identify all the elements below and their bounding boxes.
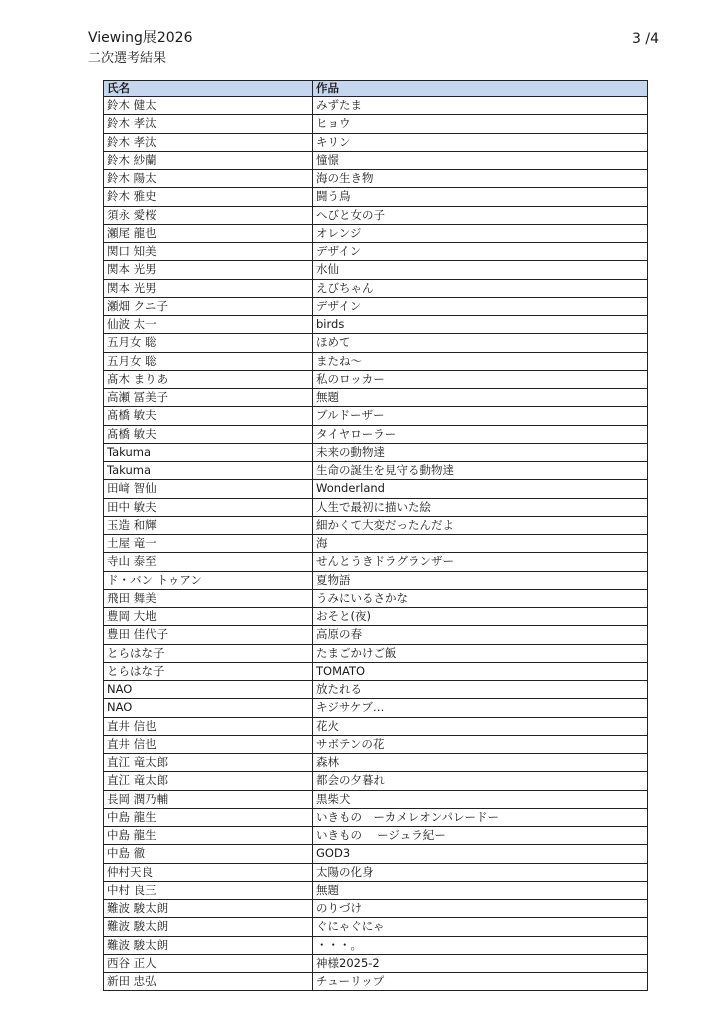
artist-name-cell: 豊田 佳代子 (104, 626, 313, 644)
table-row: 瀬畑 クニ子デザイン (104, 297, 648, 315)
table-row: 髙木 まりあ私のロッカー (104, 370, 648, 388)
work-title-cell: ヒョウ (313, 115, 648, 133)
work-title-cell: 闘う鳥 (313, 188, 648, 206)
work-title-cell: ぐにゃぐにゃ (313, 918, 648, 936)
work-title-cell: 私のロッカー (313, 370, 648, 388)
artist-name-cell: 中島 龍生 (104, 808, 313, 826)
column-header-name: 氏名 (104, 81, 313, 97)
artist-name-cell: 髙橋 敏夫 (104, 425, 313, 443)
artist-name-cell: 鈴木 孝汰 (104, 115, 313, 133)
table-row: 五月女 聡ほめて (104, 334, 648, 352)
table-row: 長岡 潤乃輔黒柴犬 (104, 790, 648, 808)
table-row: 玉造 和輝細かくて大変だったんだよ (104, 516, 648, 534)
artist-name-cell: 鈴木 陽太 (104, 170, 313, 188)
work-title-cell: 高原の春 (313, 626, 648, 644)
work-title-cell: ・・・。 (313, 936, 648, 954)
table-row: 直江 竜太郎都会の夕暮れ (104, 772, 648, 790)
table-row: 豊田 佳代子高原の春 (104, 626, 648, 644)
table-row: 中島 徹GOD3 (104, 845, 648, 863)
table-row: 仙波 太一birds (104, 316, 648, 334)
artist-name-cell: 田﨑 智仙 (104, 480, 313, 498)
work-title-cell: 森林 (313, 754, 648, 772)
table-row: 髙橋 敏夫タイヤローラー (104, 425, 648, 443)
artist-name-cell: 関口 知美 (104, 243, 313, 261)
artist-name-cell: とらはな子 (104, 644, 313, 662)
work-title-cell: 無題 (313, 389, 648, 407)
table-row: 鈴木 孝汰キリン (104, 133, 648, 151)
work-title-cell: 無題 (313, 881, 648, 899)
table-row: 中村 良三無題 (104, 881, 648, 899)
work-title-cell: Wonderland (313, 480, 648, 498)
artist-name-cell: 髙橋 敏夫 (104, 407, 313, 425)
work-title-cell: 海 (313, 535, 648, 553)
artist-name-cell: 飛田 舞美 (104, 589, 313, 607)
work-title-cell: いきもの ーカメレオンパレードー (313, 808, 648, 826)
table-row: とらはな子たまごかけご飯 (104, 644, 648, 662)
work-title-cell: ブルドーザー (313, 407, 648, 425)
table-row: NAOキジサケブ… (104, 699, 648, 717)
artist-name-cell: 中島 龍生 (104, 827, 313, 845)
artist-name-cell: 鈴木 雅史 (104, 188, 313, 206)
work-title-cell: キジサケブ… (313, 699, 648, 717)
artist-name-cell: 中村 良三 (104, 881, 313, 899)
table-row: 土屋 竜一海 (104, 535, 648, 553)
table-row: 新田 忠弘チューリップ (104, 973, 648, 991)
artist-name-cell: 五月女 聡 (104, 352, 313, 370)
work-title-cell: GOD3 (313, 845, 648, 863)
artist-name-cell: 豊岡 大地 (104, 608, 313, 626)
table-row: 髙橋 敏夫ブルドーザー (104, 407, 648, 425)
artist-name-cell: NAO (104, 699, 313, 717)
artist-name-cell: 長岡 潤乃輔 (104, 790, 313, 808)
table-row: NAO放たれる (104, 681, 648, 699)
artist-name-cell: 西谷 正人 (104, 954, 313, 972)
artist-name-cell: ド・バン トゥアン (104, 571, 313, 589)
artist-name-cell: 中島 徹 (104, 845, 313, 863)
work-title-cell: キリン (313, 133, 648, 151)
work-title-cell: TOMATO (313, 662, 648, 680)
table-row: 飛田 舞美うみにいるさかな (104, 589, 648, 607)
artist-name-cell: 瀬畑 クニ子 (104, 297, 313, 315)
work-title-cell: 太陽の化身 (313, 863, 648, 881)
artist-name-cell: 鈴木 紗蘭 (104, 151, 313, 169)
table-row: 鈴木 孝汰ヒョウ (104, 115, 648, 133)
artist-name-cell: 高瀬 冨美子 (104, 389, 313, 407)
table-row: 関本 光男水仙 (104, 261, 648, 279)
work-title-cell: 海の生き物 (313, 170, 648, 188)
table-row: Takuma生命の誕生を見守る動物達 (104, 462, 648, 480)
table-row: 田中 敏夫人生で最初に描いた絵 (104, 498, 648, 516)
artist-name-cell: 難波 駿太朗 (104, 936, 313, 954)
document-title: Viewing展2026 (88, 29, 193, 47)
work-title-cell: せんとうきドラグランザー (313, 553, 648, 571)
artist-name-cell: 瀬尾 龍也 (104, 224, 313, 242)
table-row: 直井 信也花火 (104, 717, 648, 735)
table-row: 直江 竜太郎森林 (104, 754, 648, 772)
artist-name-cell: 直井 信也 (104, 735, 313, 753)
artist-name-cell: 新田 忠弘 (104, 973, 313, 991)
table-row: とらはな子TOMATO (104, 662, 648, 680)
work-title-cell: 生命の誕生を見守る動物達 (313, 462, 648, 480)
work-title-cell: デザイン (313, 243, 648, 261)
table-row: 五月女 聡またね～ (104, 352, 648, 370)
table-row: 中島 龍生いきもの ージュラ紀ー (104, 827, 648, 845)
artist-name-cell: 仙波 太一 (104, 316, 313, 334)
table-row: 鈴木 雅史闘う鳥 (104, 188, 648, 206)
table-row: 高瀬 冨美子無題 (104, 389, 648, 407)
artist-name-cell: 須永 愛桜 (104, 206, 313, 224)
table-row: 田﨑 智仙Wonderland (104, 480, 648, 498)
artist-name-cell: とらはな子 (104, 662, 313, 680)
table-row: ド・バン トゥアン夏物語 (104, 571, 648, 589)
artist-name-cell: 髙木 まりあ (104, 370, 313, 388)
document-subtitle: 二次選考結果 (88, 50, 166, 68)
page-number: 3 /4 (632, 30, 659, 48)
artist-name-cell: 玉造 和輝 (104, 516, 313, 534)
table-row: 豊岡 大地おそと(夜) (104, 608, 648, 626)
table-row: 西谷 正人神様2025-2 (104, 954, 648, 972)
table-row: 難波 駿太朗ぐにゃぐにゃ (104, 918, 648, 936)
work-title-cell: おそと(夜) (313, 608, 648, 626)
column-header-work: 作品 (313, 81, 648, 97)
work-title-cell: 夏物語 (313, 571, 648, 589)
table-row: 関本 光男えびちゃん (104, 279, 648, 297)
work-title-cell: 憧憬 (313, 151, 648, 169)
work-title-cell: 神様2025-2 (313, 954, 648, 972)
artist-name-cell: 仲村天良 (104, 863, 313, 881)
artist-name-cell: 難波 駿太朗 (104, 900, 313, 918)
work-title-cell: いきもの ージュラ紀ー (313, 827, 648, 845)
table-row: 寺山 泰至せんとうきドラグランザー (104, 553, 648, 571)
artist-name-cell: NAO (104, 681, 313, 699)
work-title-cell: 未来の動物達 (313, 443, 648, 461)
table-row: 直井 信也サボテンの花 (104, 735, 648, 753)
work-title-cell: うみにいるさかな (313, 589, 648, 607)
work-title-cell: チューリップ (313, 973, 648, 991)
artist-name-cell: Takuma (104, 462, 313, 480)
artist-name-cell: 関本 光男 (104, 279, 313, 297)
work-title-cell: 都会の夕暮れ (313, 772, 648, 790)
work-title-cell: へびと女の子 (313, 206, 648, 224)
artist-name-cell: 関本 光男 (104, 261, 313, 279)
work-title-cell: 放たれる (313, 681, 648, 699)
artist-name-cell: 寺山 泰至 (104, 553, 313, 571)
table-row: 鈴木 紗蘭憧憬 (104, 151, 648, 169)
table-row: 難波 駿太朗・・・。 (104, 936, 648, 954)
work-title-cell: えびちゃん (313, 279, 648, 297)
artist-name-cell: 五月女 聡 (104, 334, 313, 352)
work-title-cell: オレンジ (313, 224, 648, 242)
artist-name-cell: 直江 竜太郎 (104, 754, 313, 772)
work-title-cell: 花火 (313, 717, 648, 735)
artist-name-cell: 田中 敏夫 (104, 498, 313, 516)
work-title-cell: デザイン (313, 297, 648, 315)
table-header-row: 氏名 作品 (104, 81, 648, 97)
artist-name-cell: 難波 駿太朗 (104, 918, 313, 936)
artist-name-cell: Takuma (104, 443, 313, 461)
results-table: 氏名 作品 鈴木 健太みずたま鈴木 孝汰ヒョウ鈴木 孝汰キリン鈴木 紗蘭憧憬鈴木… (103, 80, 648, 991)
work-title-cell: サボテンの花 (313, 735, 648, 753)
artist-name-cell: 直井 信也 (104, 717, 313, 735)
work-title-cell: みずたま (313, 97, 648, 115)
table-row: 鈴木 陽太海の生き物 (104, 170, 648, 188)
work-title-cell: たまごかけご飯 (313, 644, 648, 662)
table-body: 鈴木 健太みずたま鈴木 孝汰ヒョウ鈴木 孝汰キリン鈴木 紗蘭憧憬鈴木 陽太海の生… (104, 97, 648, 991)
table-row: 難波 駿太朗のりづけ (104, 900, 648, 918)
table-row: 中島 龍生いきもの ーカメレオンパレードー (104, 808, 648, 826)
work-title-cell: 黒柴犬 (313, 790, 648, 808)
work-title-cell: タイヤローラー (313, 425, 648, 443)
work-title-cell: 水仙 (313, 261, 648, 279)
artist-name-cell: 直江 竜太郎 (104, 772, 313, 790)
work-title-cell: ほめて (313, 334, 648, 352)
work-title-cell: birds (313, 316, 648, 334)
work-title-cell: またね～ (313, 352, 648, 370)
work-title-cell: のりづけ (313, 900, 648, 918)
artist-name-cell: 鈴木 健太 (104, 97, 313, 115)
table-row: 瀬尾 龍也オレンジ (104, 224, 648, 242)
work-title-cell: 人生で最初に描いた絵 (313, 498, 648, 516)
table-row: 鈴木 健太みずたま (104, 97, 648, 115)
artist-name-cell: 土屋 竜一 (104, 535, 313, 553)
table-row: 須永 愛桜へびと女の子 (104, 206, 648, 224)
work-title-cell: 細かくて大変だったんだよ (313, 516, 648, 534)
artist-name-cell: 鈴木 孝汰 (104, 133, 313, 151)
table-row: Takuma未来の動物達 (104, 443, 648, 461)
table-row: 仲村天良太陽の化身 (104, 863, 648, 881)
table-row: 関口 知美デザイン (104, 243, 648, 261)
